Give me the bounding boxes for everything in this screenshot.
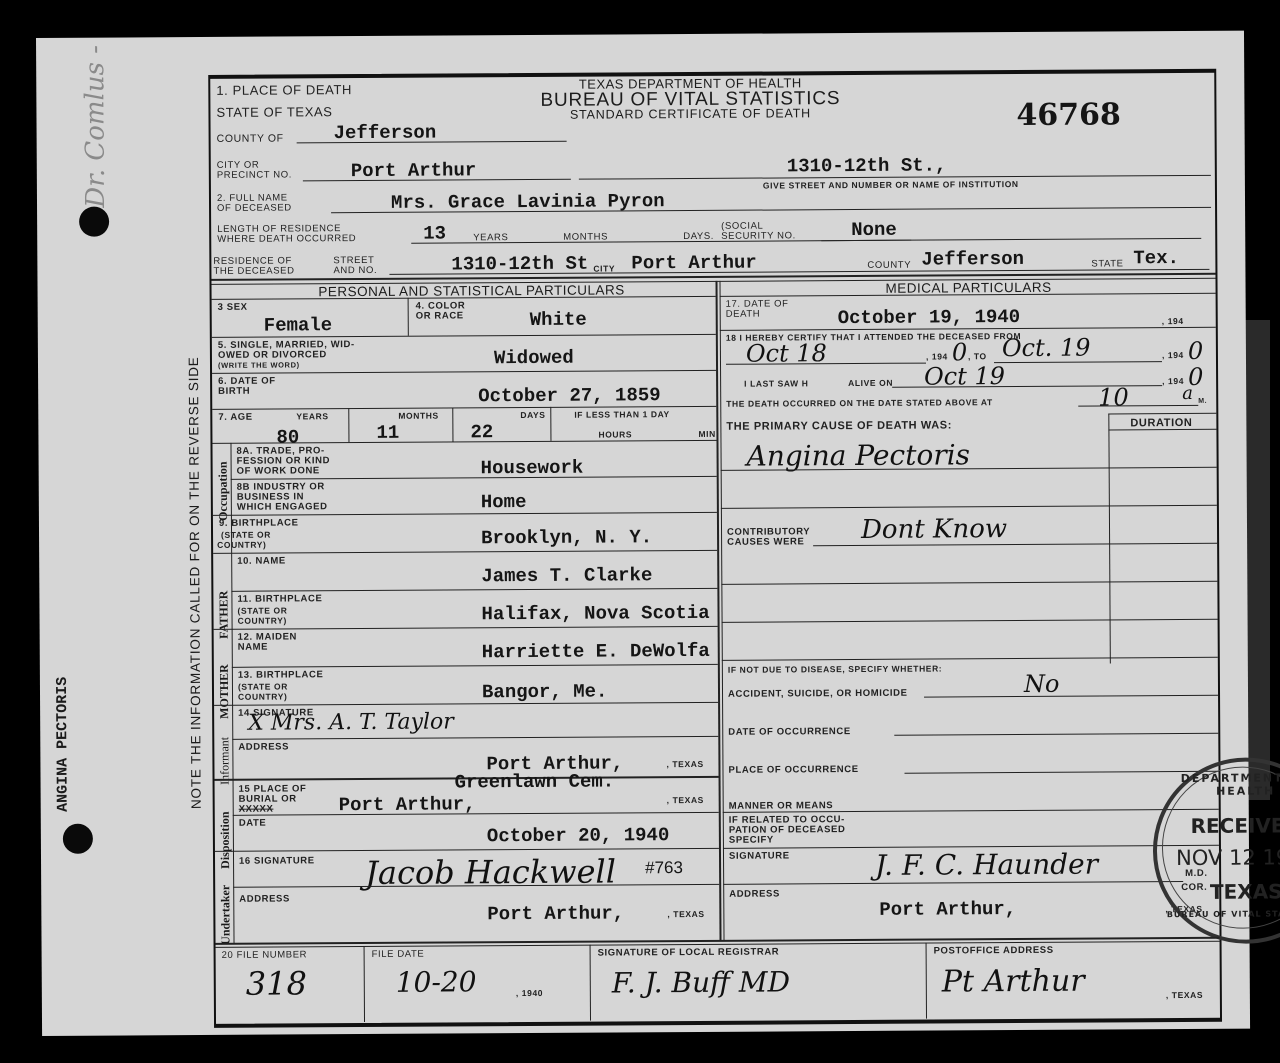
undertaker-license: #763 [645,858,683,878]
disposition-side-label: Disposition [218,811,233,868]
postoffice-value: Pt Arthur [942,964,1085,1000]
city-value: Port Arthur [351,159,477,182]
certificate-number: 46768 [1016,97,1121,133]
accident-value: No [1024,670,1060,698]
place-of-death-label: 1. PLACE OF DEATH [216,84,352,96]
father-side-label: FATHER [216,591,231,639]
residence-street-value: 1310-12th St [451,253,588,276]
file-number-label: 20 FILE NUMBER [222,950,308,961]
residence-years-value: 13 [423,222,446,244]
stamp-bottom-arc: BUREAU OF VITAL STATISTICS [1157,909,1280,919]
birthplace-value: Brooklyn, N. Y. [481,526,652,549]
county-value: Jefferson [334,122,437,145]
physician-address-value: Port Arthur, [879,898,1016,921]
registrar-signature: F. J. Buff MD [612,965,790,999]
contributory-cause-value: Dont Know [861,514,1007,545]
received-stamp: DEPARTMENT OF HEALTH RECEIVED NOV 12 194… [1152,757,1280,944]
attended-to-value: Oct. 19 [1002,334,1091,363]
residence-city-value: Port Arthur [631,252,757,275]
postoffice-label: POSTOFFICE ADDRESS [934,946,1054,957]
burial-date-value: October 20, 1940 [487,824,670,847]
county-label: COUNTY OF [217,133,284,144]
stamp-received: RECEIVED [1157,813,1280,838]
deceased-full-name: Mrs. Grace Lavinia Pyron [391,190,665,214]
reverse-side-note: NOTE THE INFORMATION CALLED FOR ON THE R… [186,356,204,809]
street-caption: GIVE STREET AND NUMBER OR NAME OF INSTIT… [763,180,1019,191]
typed-cause-margin: ANGINA PECTORIS [54,677,72,812]
state-label: STATE OF TEXAS [216,106,332,118]
registrar-label: SIGNATURE OF LOCAL REGISTRAR [598,947,780,958]
punch-hole-bottom [63,824,93,854]
undertaker-address-value: Port Arthur, [487,902,624,925]
stamp-date: NOV 12 1940 [1157,845,1280,870]
father-birthplace-value: Halifax, Nova Scotia [481,602,709,625]
industry-value: Home [481,491,527,513]
ssn-value: None [851,219,897,241]
stamp-top-arc: DEPARTMENT OF HEALTH [1157,771,1280,798]
duration-header: DURATION [1130,418,1192,429]
stamp-state: TEXAS [1157,879,1280,904]
death-time-value: 10 [1098,383,1129,411]
file-date-label: FILE DATE [372,950,425,960]
undertaker-side-label: Undertaker [218,885,233,945]
physician-signature: J. F. C. Haunder [875,848,1098,882]
mother-side-label: MOTHER [217,664,232,719]
pencil-margin-note: Dr. Comlus - [80,45,111,208]
residence-county-value: Jefferson [921,248,1024,271]
informant-side-label: Informant [217,737,232,785]
occupation-side-label: Occupation [216,461,231,520]
sex-value: Female [264,314,333,336]
cemetery-value: Greenlawn Cem. [454,770,614,793]
informant-signature: X Mrs. A. T. Taylor [248,709,454,735]
marital-status-value: Widowed [494,347,574,369]
age-days-value: 22 [470,421,493,443]
date-of-death-value: October 19, 1940 [838,306,1021,329]
primary-cause-value: Angina Pectoris [746,438,970,472]
death-street-value: 1310-12th St., [787,154,947,177]
father-name-value: James T. Clarke [481,564,652,587]
mother-birthplace-value: Bangor, Me. [482,681,608,704]
date-of-birth-value: October 27, 1859 [478,384,661,407]
punch-hole-top [79,207,109,237]
death-certificate-page: Dr. Comlus - ANGINA PECTORIS NOTE THE IN… [36,31,1250,1036]
mother-maiden-name-value: Harriette E. DeWolfa [482,640,710,663]
certificate-form: 1. PLACE OF DEATH STATE OF TEXAS TEXAS D… [208,69,1222,1028]
file-date-value: 10-20 [396,965,477,998]
file-number-value: 318 [246,964,307,1002]
certificate-title: STANDARD CERTIFICATE OF DEATH [510,106,870,122]
race-value: White [530,309,587,331]
residence-state-value: Tex. [1133,247,1179,269]
age-months-value: 11 [376,422,399,444]
